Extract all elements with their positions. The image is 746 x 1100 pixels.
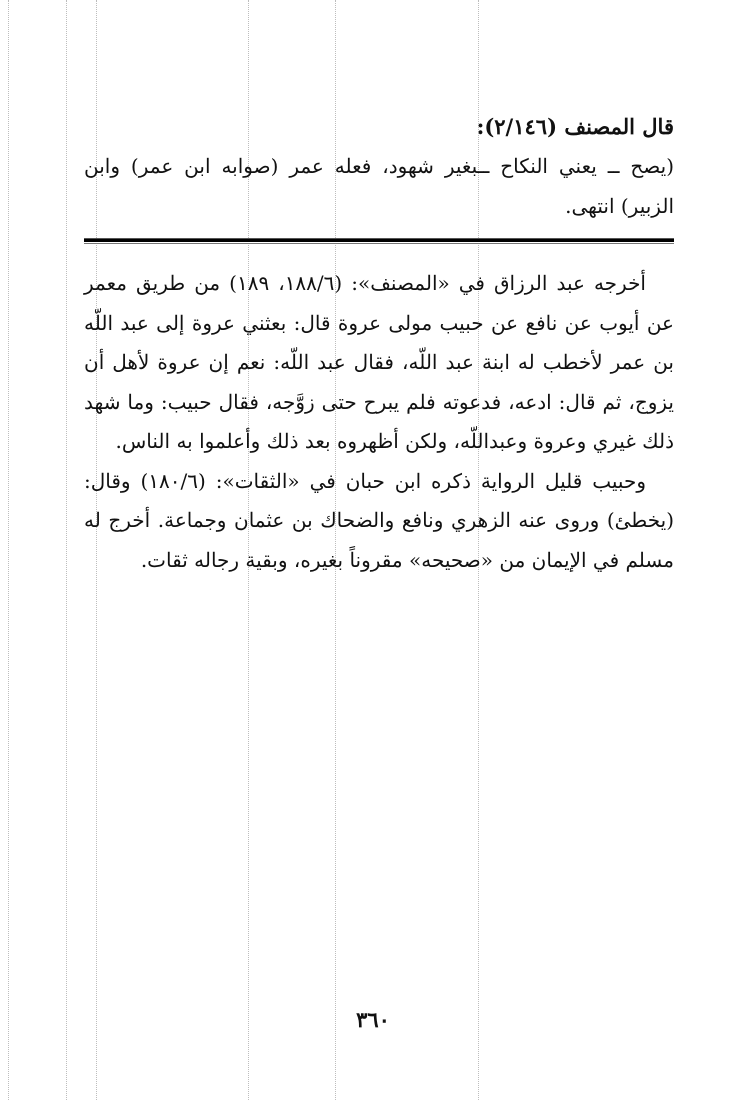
footnote-paragraph: أخرجه عبد الرزاق في «المصنف»: (١٨٨/٦، ١٨… [84,264,674,462]
scan-guide-line [66,0,67,1100]
section-heading: قال المصنف (٢/١٤٦): [84,108,674,146]
footnote-paragraph: وحبيب قليل الرواية ذكره ابن حبان في «الث… [84,462,674,581]
footnotes-section: أخرجه عبد الرزاق في «المصنف»: (١٨٨/٦، ١٨… [84,264,674,580]
page-number: ٣٦٠ [0,1007,746,1032]
quoted-text: (يصح ــ يعني النكاح ــبغير شهود، فعله عم… [84,146,674,226]
document-page: قال المصنف (٢/١٤٦): (يصح ــ يعني النكاح … [84,108,674,580]
scan-guide-line [8,0,9,1100]
footnote-separator-rule [84,238,674,242]
